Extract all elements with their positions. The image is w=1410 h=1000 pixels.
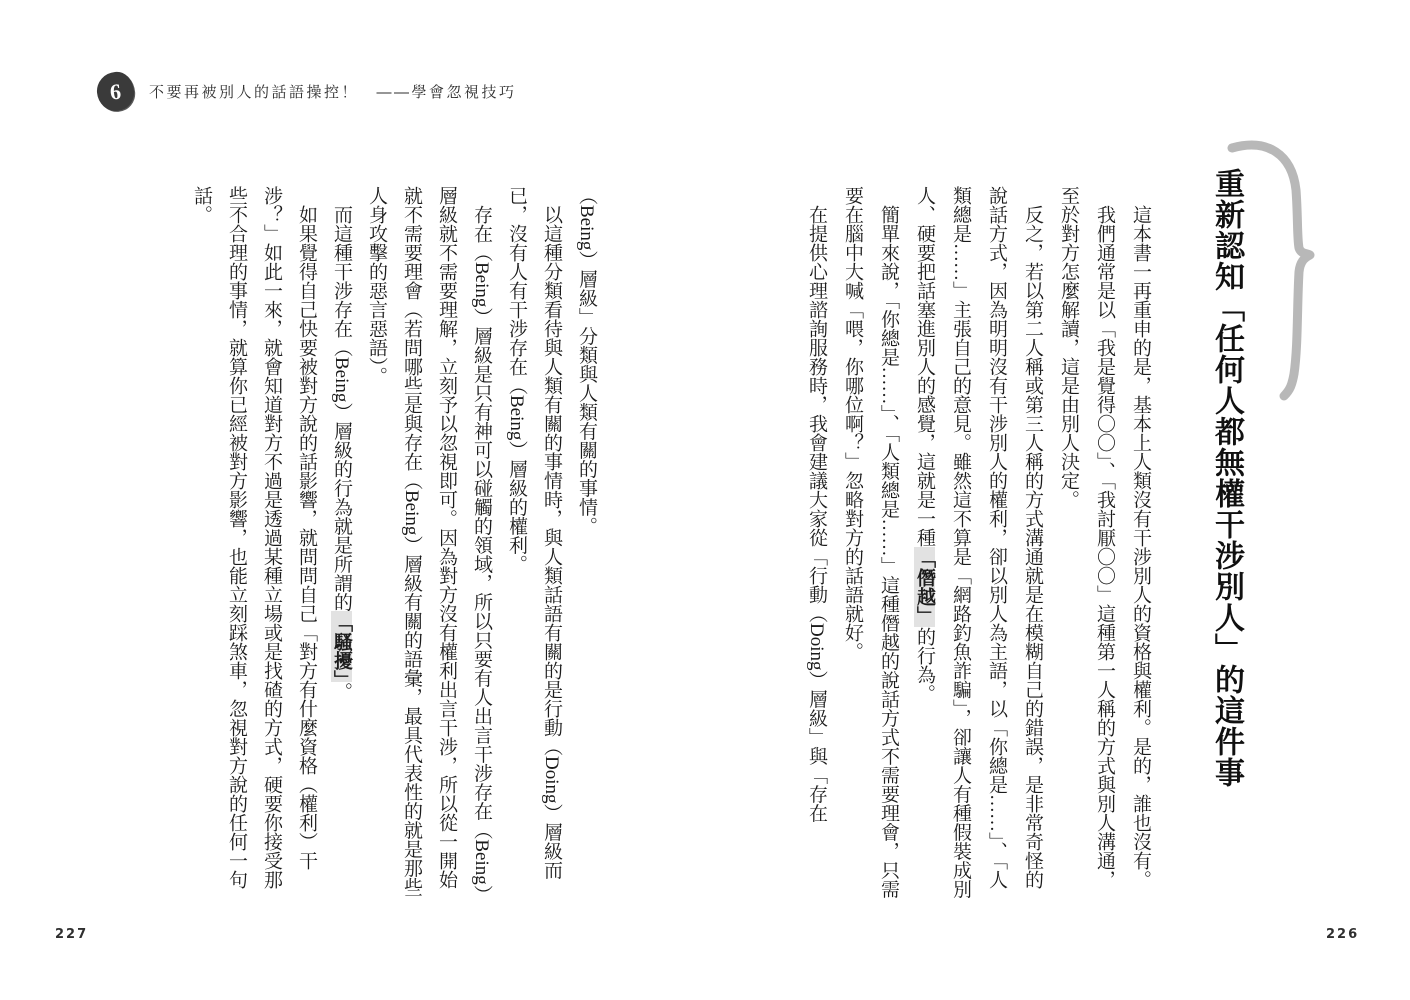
text-segment: 這本書一再重申的是，基本上人類沒有干涉別人的資格與權利。是的，誰也沒有。 <box>1130 205 1151 889</box>
paragraph: 我們通常是以「我是覺得〇〇」、「我討厭〇〇」這種第一人稱的方式與別人溝通，至於對… <box>1050 186 1122 904</box>
paragraph: 在提供心理諮詢服務時，我會建議大家從「行動（Doing）層級」與「存在 <box>798 186 834 904</box>
text-segment: 以這種分類看待與人類有關的事情時，與人類話語有關的是行動（Doing）層級而已，… <box>506 186 562 880</box>
section-title: 重新認知「任何人都無權干涉別人」的這件事 <box>1204 168 1248 808</box>
paragraph: 這本書一再重申的是，基本上人類沒有干涉別人的資格與權利。是的，誰也沒有。 <box>1122 186 1158 904</box>
text-segment: 的行為。 <box>914 627 935 703</box>
chapter-number: 6 <box>109 78 122 105</box>
text-segment: （Being）層級」分類與人類有關的事情。 <box>576 186 597 535</box>
paragraph: 以這種分類看待與人類有關的事情時，與人類話語有關的是行動（Doing）層級而已，… <box>499 186 569 904</box>
text-segment: 存在（Being）層級是只有神可以碰觸的領域，所以只要有人出言干涉存在（Bein… <box>366 186 492 904</box>
text-segment: 在提供心理諮詢服務時，我會建議大家從「行動（Doing）層級」與「存在 <box>806 205 827 823</box>
chapter-number-badge: 6 <box>95 70 135 112</box>
text-segment: 而這種干涉存在（Being）層級的行為就是所謂的 <box>331 205 352 611</box>
page-right-body: 這本書一再重申的是，基本上人類沒有干涉別人的資格與權利。是的，誰也沒有。我們通常… <box>798 186 1158 904</box>
highlight-term: 「僭越」 <box>914 547 935 627</box>
page-number-left: 227 <box>55 927 88 942</box>
paragraph: 如果覺得自己快要被對方說的話影響，就問問自己「對方有什麼資格（權利）干涉？」如此… <box>184 186 324 904</box>
chapter-title: 不要再被別人的話語操控！ ——學會忽視技巧 <box>149 81 517 102</box>
text-segment: 簡單來說，「你總是……」、「人類總是……」這種僭越的說話方式不需要理會，只需要在… <box>842 186 899 899</box>
highlight-term: 「騷擾」 <box>331 611 352 682</box>
text-segment: 反之，若以第二人稱或第三人稱的方式溝通就是在模糊自己的錯誤，是非常奇怪的說話方式… <box>914 186 1043 899</box>
text-segment: 如果覺得自己快要被對方說的話影響，就問問自己「對方有什麼資格（權利）干涉？」如此… <box>191 186 317 889</box>
chapter-header: 6 不要再被別人的話語操控！ ——學會忽視技巧 <box>97 72 517 111</box>
paragraph: 反之，若以第二人稱或第三人稱的方式溝通就是在模糊自己的錯誤，是非常奇怪的說話方式… <box>906 186 1050 904</box>
page-number-right: 226 <box>1326 927 1359 942</box>
page-left-body: （Being）層級」分類與人類有關的事情。以這種分類看待與人類有關的事情時，與人… <box>184 186 604 904</box>
paragraph: 存在（Being）層級是只有神可以碰觸的領域，所以只要有人出言干涉存在（Bein… <box>359 186 499 904</box>
text-segment: 我們通常是以「我是覺得〇〇」、「我討厭〇〇」這種第一人稱的方式與別人溝通，至於對… <box>1058 186 1115 889</box>
paragraph: （Being）層級」分類與人類有關的事情。 <box>569 186 604 904</box>
text-segment: 。 <box>331 682 352 701</box>
paragraph: 而這種干涉存在（Being）層級的行為就是所謂的「騷擾」。 <box>324 186 359 904</box>
paragraph: 簡單來說，「你總是……」、「人類總是……」這種僭越的說話方式不需要理會，只需要在… <box>834 186 906 904</box>
